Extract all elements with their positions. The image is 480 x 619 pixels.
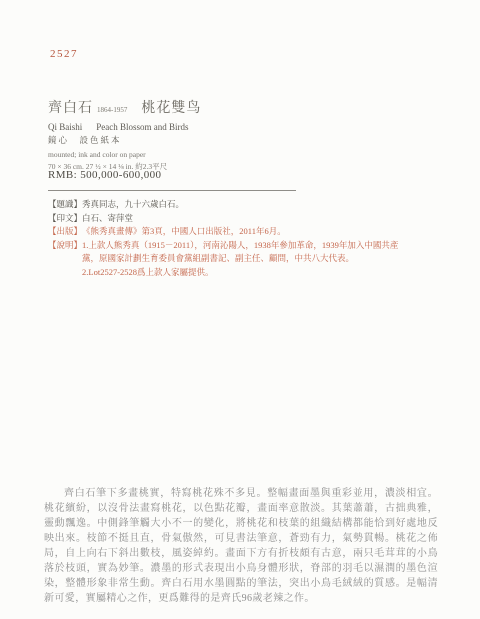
title-line-english: Qi BaishiPeach Blossom and Birds: [48, 122, 201, 132]
description-paragraph: 齊白石筆下多畫桃實，特寫桃花殊不多見。整幅畫面墨與重彩並用，濃淡相宜。桃花繽紛，…: [44, 486, 438, 606]
format-line: 鏡心 設色紙本: [48, 134, 167, 146]
description-block: 齊白石筆下多畫桃實，特寫桃花殊不多見。整幅畫面墨與重彩並用，濃淡相宜。桃花繽紛，…: [44, 486, 438, 606]
divider-rule: [48, 190, 296, 191]
entry-text: 《熊秀真畫傳》第3頁，中國人口出版社，2011年6月。: [82, 225, 410, 239]
entry-inscription: 【題識】 秀真同志，九十六歲白石。: [48, 198, 410, 212]
entry-text: 1.上款人熊秀真（1915－2011），河南沁陽人，1938年參加革命，1939…: [82, 239, 410, 280]
work-title-cn: 桃花雙鸟: [141, 101, 201, 116]
artist-name-en: Qi Baishi: [48, 122, 82, 132]
entry-publication: 【出版】 《熊秀真畫傳》第3頁，中國人口出版社，2011年6月。: [48, 225, 410, 239]
catalog-entries: 【題識】 秀真同志，九十六歲白石。 【印文】 白石、寄萍堂 【出版】 《熊秀真畫…: [48, 198, 410, 279]
artist-name-cn: 齊白石: [48, 101, 93, 116]
title-line-chinese: 齊白石1864-1957桃花雙鸟: [48, 97, 201, 117]
artist-dates: 1864-1957: [97, 106, 127, 114]
details-block: 鏡心 設色紙本 mounted; ink and color on paper …: [48, 134, 167, 172]
work-title-en: Peach Blossom and Birds: [96, 122, 188, 132]
note-line-2: 2.Lot2527-2528爲上款人家屬提供。: [82, 266, 410, 280]
catalog-page: 2527 齊白石1864-1957桃花雙鸟 Qi BaishiPeach Blo…: [0, 0, 480, 619]
medium-line: mounted; ink and color on paper: [48, 150, 167, 159]
note-line-1: 1.上款人熊秀真（1915－2011），河南沁陽人，1938年參加革命，1939…: [82, 239, 410, 266]
entry-seals: 【印文】 白石、寄萍堂: [48, 212, 410, 226]
entry-label: 【題識】: [48, 198, 82, 212]
lot-number: 2527: [50, 48, 78, 60]
title-block: 齊白石1864-1957桃花雙鸟 Qi BaishiPeach Blossom …: [48, 97, 201, 132]
entry-note: 【說明】 1.上款人熊秀真（1915－2011），河南沁陽人，1938年參加革命…: [48, 239, 410, 280]
entry-text: 白石、寄萍堂: [82, 212, 410, 226]
entry-text: 秀真同志，九十六歲白石。: [82, 198, 410, 212]
estimate-line: RMB: 500,000-600,000: [48, 169, 161, 181]
entry-label: 【說明】: [48, 239, 82, 253]
entry-label: 【出版】: [48, 225, 82, 239]
entry-label: 【印文】: [48, 212, 82, 226]
